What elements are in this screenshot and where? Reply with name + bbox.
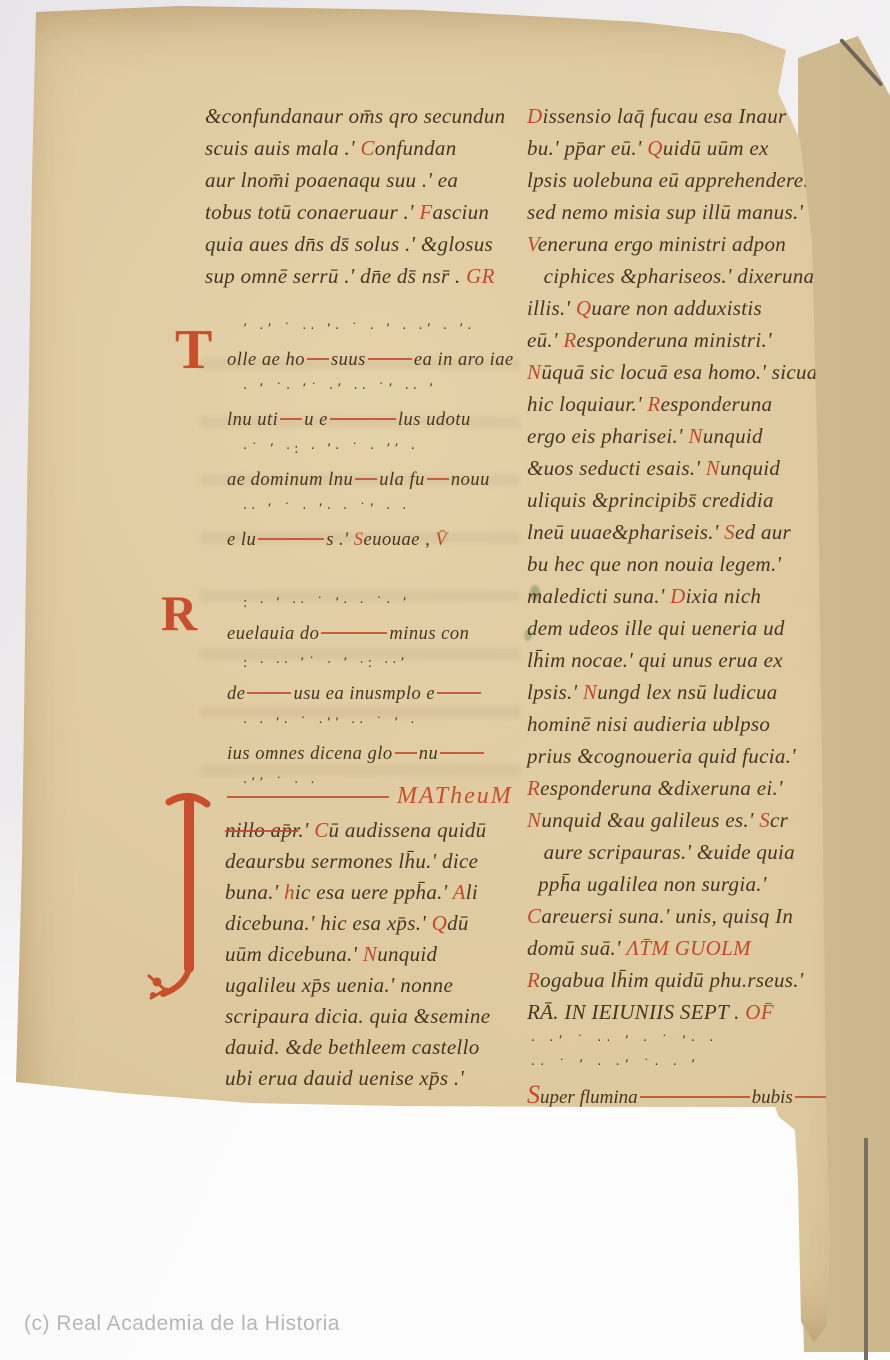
text-span: lnu uti [227,410,278,430]
chant-text-line: deusu ea inusmplo e [227,684,523,710]
text-span: olle ae ho [227,350,305,370]
text-span: uare non adduxistis [591,296,762,320]
red-text: R [527,968,540,992]
text-span: illis.' [527,296,576,320]
chant-block-1: ʼ ·ʼ ˙ ·· ʼ· ˙ · ʼ · ·ʼ · ʼ·olle ae hosu… [227,316,523,556]
neume-row: : · ·· ʼ˙ · ʼ ·: ··ʼ [227,650,523,684]
initial-R: R [161,588,197,638]
text-line: ubi erua dauid uenise xp̄s .' [205,1066,523,1097]
text-span: domū suā.' [527,936,626,960]
red-text: S [724,520,735,544]
text-line: bu hec que non nouia legem.' [527,552,865,584]
text-span: eneruna ergo ministri adpon [538,232,786,256]
red-text: N [688,424,702,448]
text-span: uper flumina [540,1087,638,1108]
text-span: cr [770,808,788,832]
text-span: uūm dicebuna.' [225,942,363,966]
text-span: scripaura dicia. quia &semine [225,1004,490,1028]
text-span: lh̄im nocae.' qui unus erua ex [527,648,783,672]
red-filler-line [227,796,389,798]
text-span: RĀ. IN IEIUNIIS SEPT . [527,1000,745,1024]
red-text: N [527,808,541,832]
text-span: ūquā sic locuā esa homo.' sicua [541,360,817,384]
text-span: quia aues dn̄s ds̄ solus .' &glosus [205,232,493,256]
text-span: ugalileu xp̄s uenia.' nonne [225,973,453,997]
text-span: asciun [433,200,490,224]
red-text: R [647,392,660,416]
neume-row: ·· ˙ ʼ · ·ʼ ˙· · ʼ [531,1058,700,1073]
text-line: scuis auis mala .' Confundan [205,136,523,168]
text-line: aure scripauras.' &uide quia [527,840,865,872]
neume-row: ·· ʼ ˙ · ʼ· · ˙ʼ · · [227,496,523,530]
red-text: C [314,818,328,842]
text-span: deaursbu sermones lh̄u.' dice [225,849,478,873]
text-span: aur lnom̄i poaenaqu suu .' ea [205,168,458,192]
text-span: ic esa uere pph̄a.' [295,880,453,904]
red-text: OF̄ [745,1000,774,1024]
text-span: unquid [720,456,780,480]
text-line: deaursbu sermones lh̄u.' dice [205,849,523,880]
text-line: dicebuna.' hic esa xp̄s.' Qdū [205,911,523,942]
neume-row: · ʼ ˙· ʼ˙ ·ʼ ·· ˙ʼ ·· ʼ [227,376,523,410]
red-text: N [583,680,597,704]
text-span: ius omnes dicena glo [227,744,393,764]
text-line: buna.' hic esa uere pph̄a.' Ali [205,880,523,911]
chant-unit: ·˙ ʼ ·: · ʼ· ˙ · ʼʼ ·ae dominum lnuula f… [227,436,523,496]
text-span: ula fu [379,470,425,490]
prose-block-top: &confundanaur om̄s qro secundunscuis aui… [205,104,523,296]
red-filler-line [368,358,412,360]
chant-text-line: ius omnes dicena glonu [227,744,523,770]
text-span: ergo eis pharisei.' [527,424,688,448]
text-line: dauid. &de bethleem castello [205,1035,523,1066]
text-span: dū [447,911,469,935]
red-filler-line [437,692,481,694]
chant-unit: ʼ ·ʼ ˙ ·· ʼ· ˙ · ʼ · ·ʼ · ʼ·olle ae hosu… [227,316,523,376]
red-text: V [527,232,538,256]
text-span: lneū uuae&phariseis.' [527,520,724,544]
red-text: ΛT̄M GUOLM [626,936,750,960]
red-filler-line [307,358,329,360]
chant-unit: ·· ʼ ˙ · ʼ· · ˙ʼ · ·e lus .' Seuouae , V… [227,496,523,556]
red-filler-line [247,692,291,694]
text-span: ogabua lh̄im quidū phu.rseus.' [540,968,803,992]
red-text: S [354,530,364,550]
text-span: bubis [752,1087,793,1108]
text-span: areuersi suna.' unis, quisq In [541,904,793,928]
text-span: buna.' [225,880,284,904]
red-text: Q [432,911,447,935]
text-span: &confundanaur om̄s qro secundun [205,104,505,128]
copyright-notice: (c) Real Academia de la Historia [24,1312,340,1336]
text-line: Nūquā sic locuā esa homo.' sicua [527,360,865,392]
text-span: pph̄a ugalilea non surgia.' [527,872,767,896]
text-span: bu hec que non nouia legem.' [527,552,781,576]
text-span: lpsis uolebuna eū apprehendere.' [527,168,814,192]
text-line: aur lnom̄i poaenaqu suu .' ea [205,168,523,200]
folio-edge-line-bottom [864,1138,868,1360]
text-span: li [466,880,478,904]
text-span: ubi erua dauid uenise xp̄s .' [225,1066,464,1090]
text-span: esponderuna ministri.' [576,328,771,352]
text-span: nouu [451,470,490,490]
text-span: scuis auis mala .' [205,136,360,160]
text-span: dicebuna.' hic esa xp̄s.' [225,911,432,935]
text-span: hic loquiaur.' [527,392,647,416]
text-span: usu ea inusmplo e [293,684,435,704]
text-span: unquid &au galileus es.' [541,808,759,832]
chant-text-line: olle ae hosuusea in aro iae [227,350,523,376]
text-span: ū audissena quidū [329,818,487,842]
rubric-matheum: MATheuM [397,783,513,810]
red-text: S [759,808,770,832]
manuscript-photo: &confundanaur om̄s qro secundunscuis aui… [0,0,890,1360]
red-text: C [360,136,374,160]
text-span: ciphices &phariseos.' dixeruna [527,264,814,288]
red-text: N [706,456,720,480]
chant-unit: · · ʼ· ˙ ·ʼʼ ·· ˙ ʼ ·ius omnes dicena gl… [227,710,523,770]
text-span: uidū uūm ex [663,136,769,160]
red-text: R [563,328,576,352]
red-struck-text: nillo ap̄r [225,818,298,842]
red-filler-line [258,538,324,540]
text-span: esponderuna &dixeruna ei.' [540,776,783,800]
text-line: pph̄a ugalilea non surgia.' [527,872,865,904]
text-line: hic loquiaur.' Responderuna [527,392,865,424]
red-text: D [670,584,685,608]
text-span: e lu [227,530,256,550]
text-line: &confundanaur om̄s qro secundun [205,104,523,136]
text-span: ed aur [735,520,791,544]
text-line: domū suā.' ΛT̄M GUOLM [527,936,865,968]
text-line: Nunquid &au galileus es.' Scr [527,808,865,840]
text-line: ugalileu xp̄s uenia.' nonne [205,973,523,1004]
text-span: dauid. &de bethleem castello [225,1035,480,1059]
text-line: Rogabua lh̄im quidū phu.rseus.' [527,968,865,1000]
text-line: eū.' Responderuna ministri.' [527,328,865,360]
chant-unit: · ʼ ˙· ʼ˙ ·ʼ ·· ˙ʼ ·· ʼlnu utiu elus udo… [227,376,523,436]
text-span: maledicti suna.' [527,584,670,608]
neume-row: ·˙ ʼ ·: · ʼ· ˙ · ʼʼ · [227,436,523,470]
text-span: esponderuna [661,392,773,416]
red-text: S [527,1080,540,1109]
chant-unit: : · ʼ ·· ˙ ʼ· · ˙· ʼeuelauia dominus con [227,590,523,650]
text-span: suus [331,350,366,370]
text-line: lneū uuae&phariseis.' Sed aur [527,520,865,552]
text-span: minus con [389,624,469,644]
text-line: nillo ap̄r.' Cū audissena quidū [205,818,523,849]
text-span: ea in aro iae [414,350,514,370]
text-line: ergo eis pharisei.' Nunquid [527,424,865,456]
red-text: R [527,776,540,800]
text-line: sup omnē serrū .' dn̄e ds̄ nsr̄ . GR [205,264,523,296]
text-span: dem udeos ille qui ueneria ud [527,616,785,640]
text-span: .' [298,818,314,842]
text-span: issensio laq̄ fucau esa Inaur [542,104,786,128]
text-span: ungd lex nsū ludicua [597,680,777,704]
text-span: lpsis.' [527,680,583,704]
red-filler-line [395,752,417,754]
text-line: tobus totū conaeruaur .' Fasciun [205,200,523,232]
chant-text-line: ae dominum lnuula funouu [227,470,523,496]
text-span: sed nemo misia sup illū manus.' [527,200,803,224]
red-text: Q [576,296,591,320]
text-line: lpsis.' Nungd lex nsū ludicua [527,680,865,712]
prose-block-bottom: nillo ap̄r.' Cū audissena quidūdeaursbu … [205,818,523,1097]
red-text: C [527,904,541,928]
neume-row: ʼ ·ʼ ˙ ·· ʼ· ˙ · ʼ · ·ʼ · ʼ· [227,316,523,350]
red-filler-line [427,478,449,480]
chant-unit: : · ·· ʼ˙ · ʼ ·: ··ʼdeusu ea inusmplo e [227,650,523,710]
text-span: prius &cognoueria quid fucia.' [527,744,796,768]
chant-text-line: euelauia dominus con [227,624,523,650]
text-line: RĀ. IN IEIUNIIS SEPT . OF̄ [527,1000,865,1032]
text-line: scripaura dicia. quia &semine [205,1004,523,1035]
red-text: h [284,880,295,904]
text-span: &uos seducti esais.' [527,456,706,480]
text-line: maledicti suna.' Dixia nich [527,584,865,616]
red-text: Q [647,136,662,160]
text-span: eū.' [527,328,563,352]
text-line: uliquis &principibs̄ credidia [527,488,865,520]
text-span: onfundan [375,136,457,160]
text-line: uūm dicebuna.' Nunquid [205,942,523,973]
red-filler-line [280,418,302,420]
text-span: sup omnē serrū .' dn̄e ds̄ nsr̄ . [205,264,466,288]
text-span: uliquis &principibs̄ credidia [527,488,774,512]
text-line: &uos seducti esais.' Nunquid [527,456,865,488]
text-span: aure scripauras.' &uide quia [527,840,795,864]
red-filler-line [640,1096,750,1098]
offertory-incipit-line: Super fluminabubis [527,1080,865,1110]
red-text: V̄ [435,530,447,550]
neume-row: · · ʼ· ˙ ·ʼʼ ·· ˙ ʼ · [227,710,523,744]
red-filler-line [440,752,484,754]
chant-text-line: e lus .' Seuouae , V̄ [227,530,523,556]
red-filler-line [321,632,387,634]
red-filler-line [355,478,377,480]
text-line: prius &cognoueria quid fucia.' [527,744,865,776]
text-line: dem udeos ille qui ueneria ud [527,616,865,648]
text-line: hominē nisi audieria ublpso [527,712,865,744]
red-text: GR [466,264,495,288]
red-text: D [527,104,542,128]
neume-row: · ·ʼ ˙ ·· ʼ · ˙ ʼ· · [531,1034,718,1049]
text-span: de [227,684,245,704]
red-text: F [419,200,432,224]
text-span: unquid [377,942,437,966]
text-span: bu.' pp̄ar eū.' [527,136,647,160]
initial-I [147,790,211,1010]
text-line: quia aues dn̄s ds̄ solus .' &glosus [205,232,523,264]
text-span: unquid [703,424,763,448]
red-filler-line [330,418,396,420]
text-span: lus udotu [398,410,471,430]
text-line: lh̄im nocae.' qui unus erua ex [527,648,865,680]
text-span: s .' [326,530,354,550]
text-span: u e [304,410,328,430]
gospel-rubric-row: MATheuM [225,783,523,810]
text-span: hominē nisi audieria ublpso [527,712,770,736]
initial-T: T [175,322,212,378]
text-span: nu [419,744,439,764]
text-line: Careuersi suna.' unis, quisq In [527,904,865,936]
text-line: Responderuna &dixeruna ei.' [527,776,865,808]
neume-row: : · ʼ ·· ˙ ʼ· · ˙· ʼ [227,590,523,624]
text-span: tobus totū conaeruaur .' [205,200,419,224]
red-text: A [453,880,466,904]
text-span: euelauia do [227,624,319,644]
chant-text-line: lnu utiu elus udotu [227,410,523,436]
text-span: ae dominum lnu [227,470,353,490]
red-text: N [527,360,541,384]
text-span: ixia nich [686,584,762,608]
text-span: euouae , [364,530,436,550]
red-text: N [363,942,377,966]
